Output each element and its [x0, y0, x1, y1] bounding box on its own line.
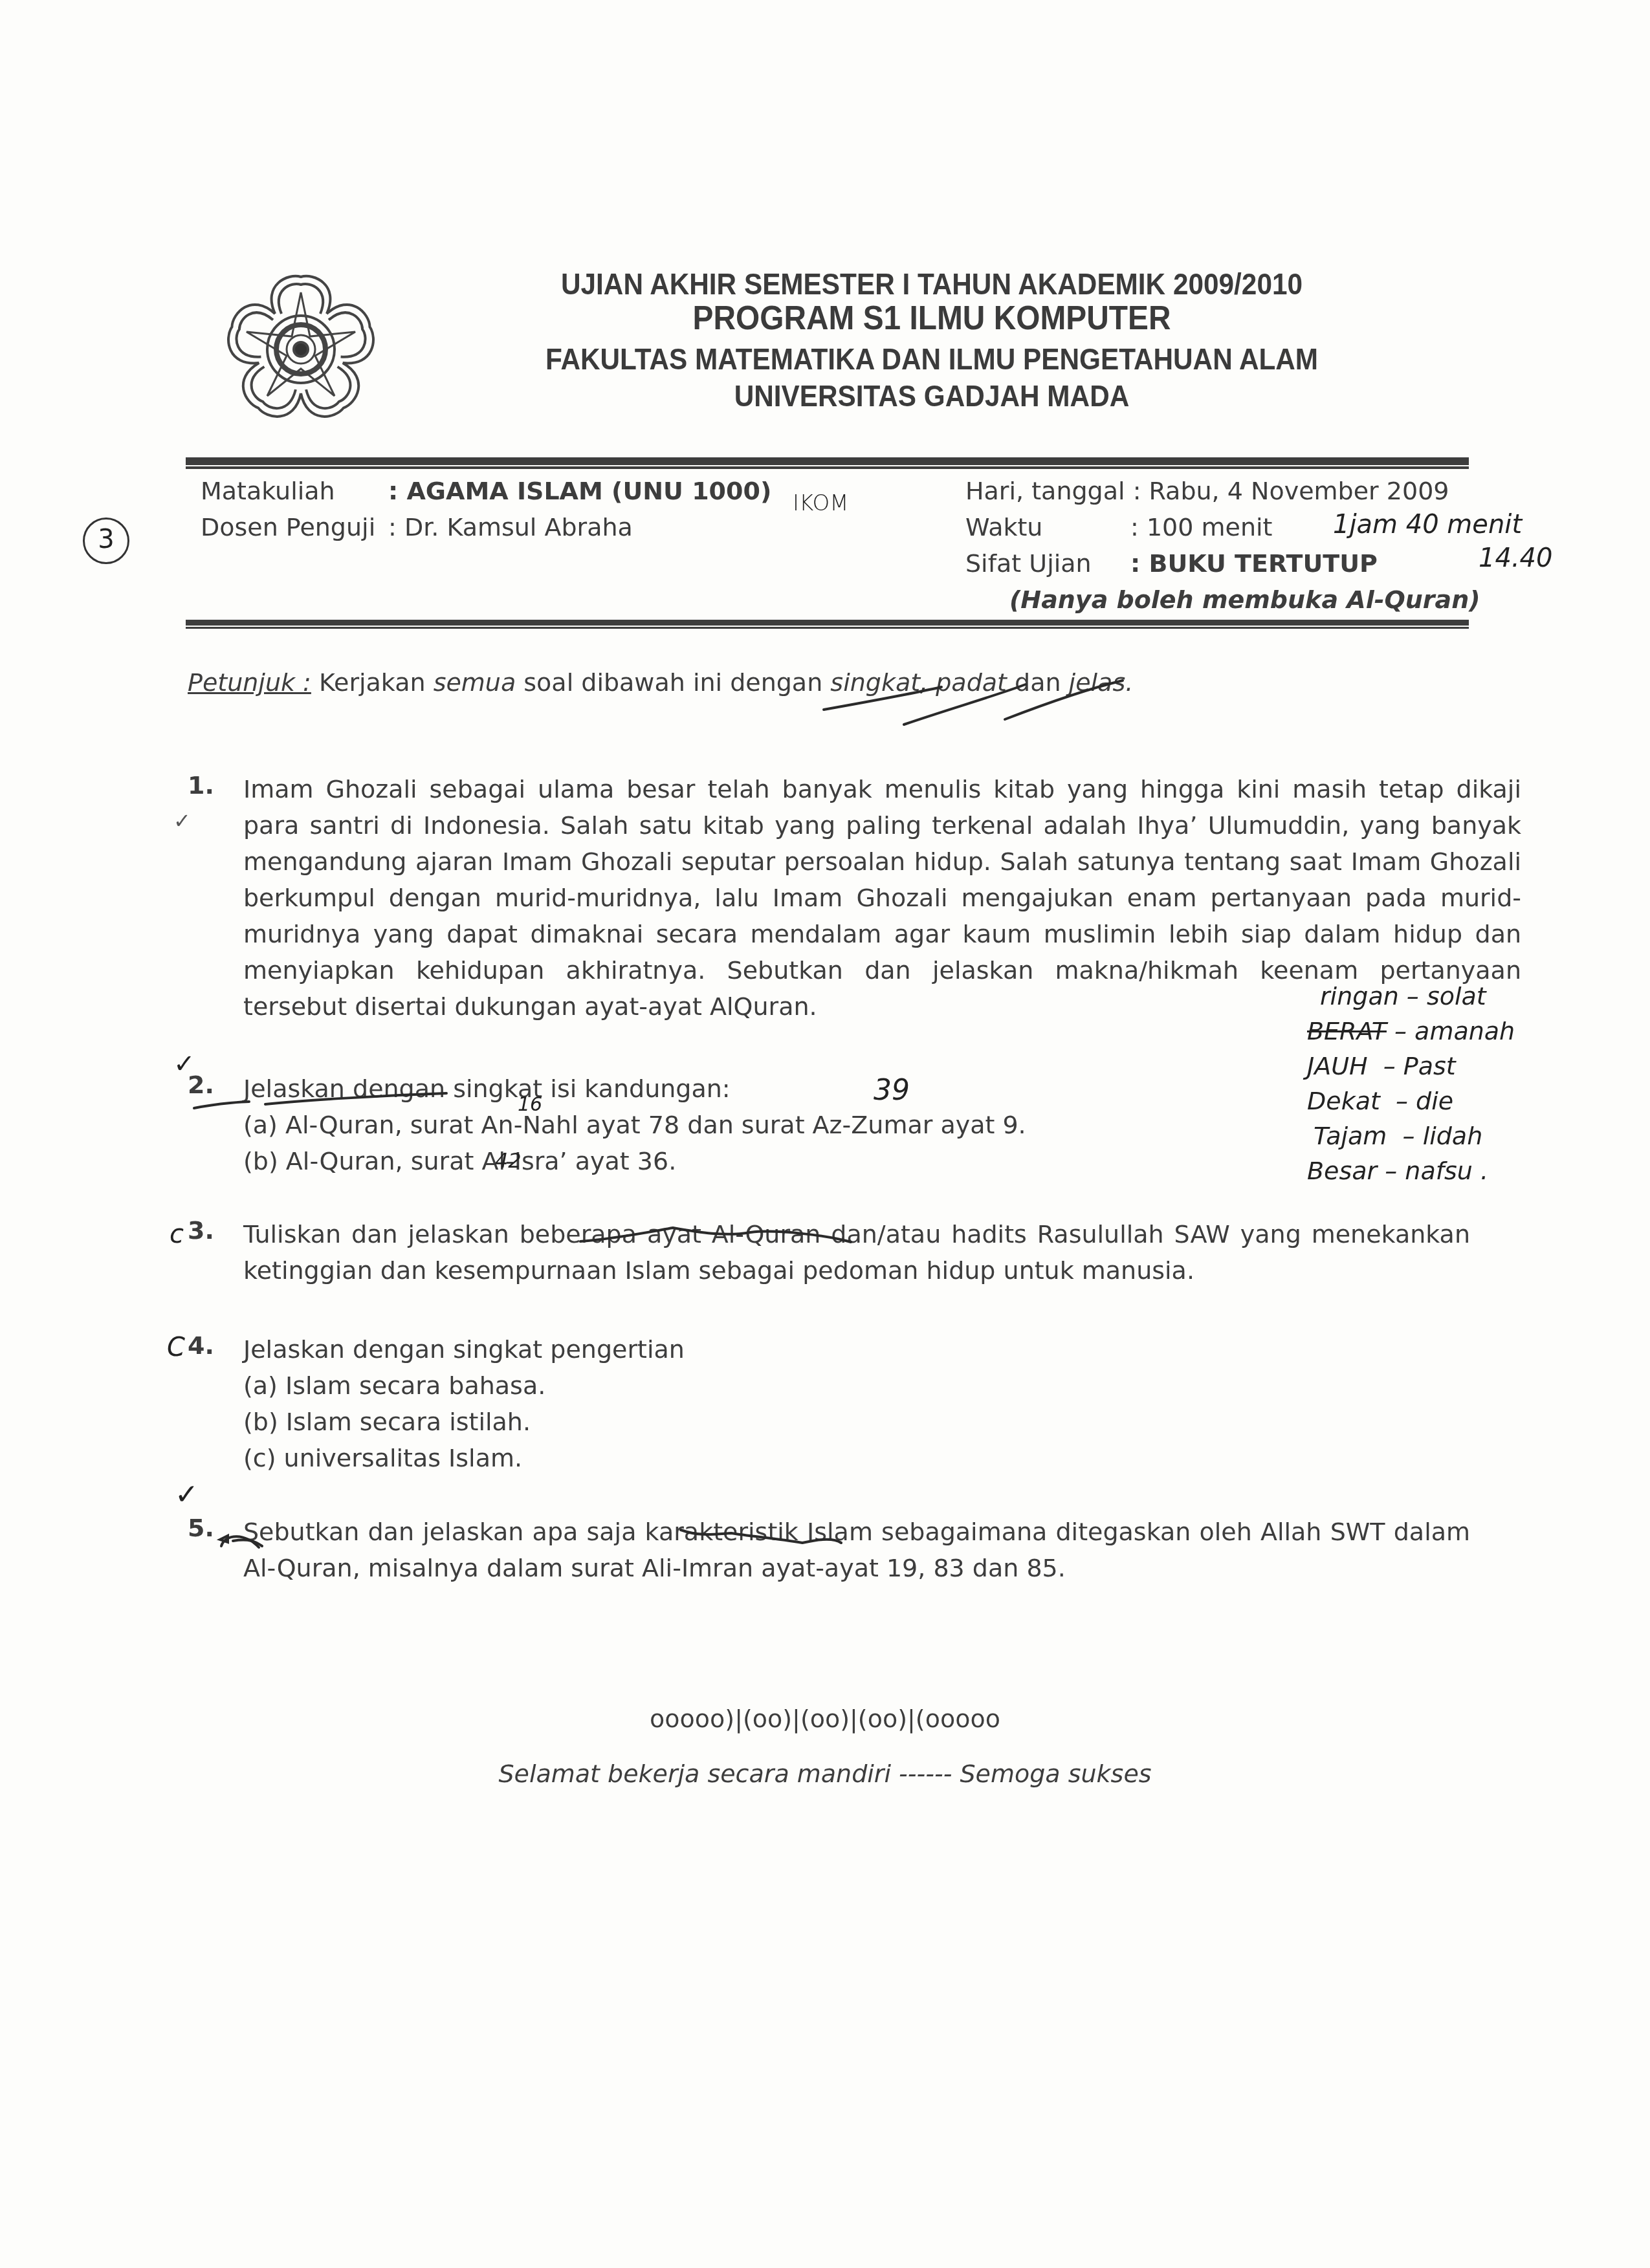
q2-note-16: 16 [518, 1093, 542, 1116]
question-text: Jelaskan dengan singkat pengertian [243, 1331, 685, 1368]
sifat-note: (Hanya boleh membuka Al-Quran) [1009, 585, 1480, 614]
check-mark-icon: ✓ [175, 1478, 199, 1511]
answer-row: JAUH – Past [1307, 1052, 1456, 1080]
program-title: PROGRAM S1 ILMU KOMPUTER [444, 299, 1420, 338]
q2-note-39: 39 [874, 1074, 910, 1107]
exam-title: UJIAN AKHIR SEMESTER I TAHUN AKADEMIK 20… [444, 267, 1420, 301]
q4-mark: C [167, 1333, 185, 1362]
divider-bottom-thin [186, 627, 1469, 629]
question-text: Tuliskan dan jelaskan beberapa ayat Al-Q… [243, 1216, 1470, 1289]
instructions: Petunjuk : Kerjakan semua soal dibawah i… [188, 668, 1133, 697]
matakuliah-row: Matakuliah: AGAMA ISLAM (UNU 1000) [201, 477, 771, 505]
footer-closing: Selamat bekerja secara mandiri ------ Se… [0, 1760, 1650, 1788]
dosen-label: Dosen Penguji [201, 513, 388, 541]
circled-number-annotation: 3 [83, 518, 129, 564]
dosen-value: : Dr. Kamsul Abraha [388, 513, 633, 541]
ugm-seal-icon [197, 270, 404, 429]
answer-row: Dekat – die [1307, 1087, 1453, 1115]
waktu-value: : 100 menit [1130, 513, 1272, 541]
question-sub-b: (b) Al-Quran, surat Al-Isra’ ayat 36. [243, 1143, 676, 1179]
answer-row: ringan – solat [1320, 982, 1486, 1010]
instructions-label: Petunjuk : [188, 668, 311, 697]
answer-row: BERAT – amanah [1307, 1017, 1515, 1045]
divider-top [186, 457, 1469, 465]
university-title: UNIVERSITAS GADJAH MADA [444, 378, 1420, 413]
time-end-annotation: 14.40 [1479, 543, 1553, 573]
hari-row: Hari, tanggal : Rabu, 4 November 2009 [965, 477, 1449, 505]
answer-row: Tajam – lidah [1314, 1122, 1482, 1150]
question-sub-b: (b) Islam secara istilah. [243, 1404, 531, 1440]
question-sub-c: (c) universalitas Islam. [243, 1440, 522, 1476]
q2-note-42: 42 [495, 1148, 522, 1173]
time-annotation: 1jam 40 menit [1333, 510, 1522, 540]
hari-value: : Rabu, 4 November 2009 [1133, 477, 1449, 505]
sifat-value: : BUKU TERTUTUP [1130, 549, 1378, 578]
question-number: 4. [188, 1331, 214, 1360]
question-sub-a: (a) Islam secara bahasa. [243, 1368, 545, 1404]
faculty-title: FAKULTAS MATEMATIKA DAN ILMU PENGETAHUAN… [444, 342, 1420, 376]
question-text: Jelaskan dengan singkat isi kandungan: [243, 1071, 731, 1107]
matakuliah-label: Matakuliah [201, 477, 388, 505]
sifat-row: Sifat Ujian: BUKU TERTUTUP [965, 549, 1378, 578]
divider-bottom [186, 620, 1469, 626]
hari-label: Hari, tanggal [965, 477, 1125, 505]
footer-ornament: ooooo)|(oo)|(oo)|(oo)|(ooooo [0, 1705, 1650, 1733]
matakuliah-value: : AGAMA ISLAM (UNU 1000) [388, 477, 771, 505]
sifat-label: Sifat Ujian [965, 549, 1130, 578]
question-number: 1. [188, 771, 214, 800]
question-number: 3. [188, 1216, 214, 1245]
ikom-annotation: IKOM [793, 490, 849, 516]
check-mark-icon: ✓ [173, 1049, 195, 1079]
dosen-row: Dosen Penguji: Dr. Kamsul Abraha [201, 513, 633, 541]
question-text: Sebutkan dan jelaskan apa saja karakteri… [243, 1514, 1470, 1586]
q3-mark: c [170, 1219, 184, 1249]
waktu-row: Waktu: 100 menit [965, 513, 1272, 541]
answer-row: Besar – nafsu . [1307, 1157, 1488, 1185]
check-mark-icon: ✓ [173, 809, 191, 833]
question-number: 5. [188, 1514, 214, 1542]
divider-top-thin [186, 466, 1469, 469]
waktu-label: Waktu [965, 513, 1130, 541]
question-sub-a: (a) Al-Quran, surat An-Nahl ayat 78 dan … [243, 1107, 1026, 1143]
